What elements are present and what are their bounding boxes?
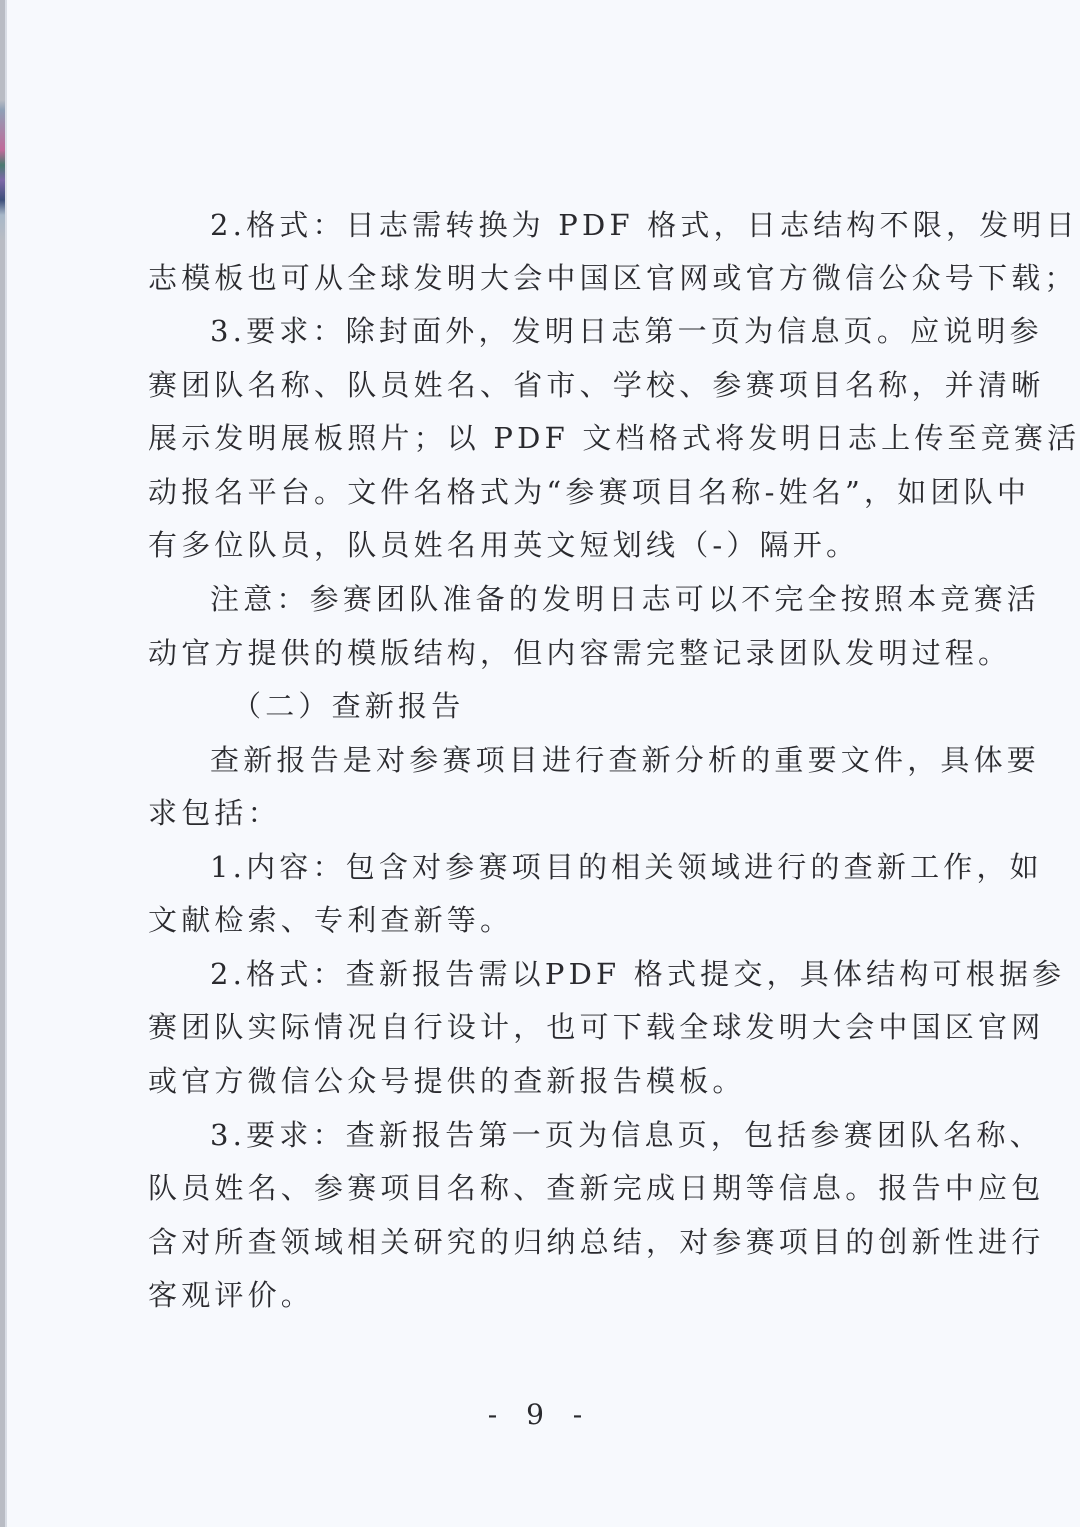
paragraph-novelty-intro-line-2: 求包括： (148, 786, 281, 840)
scan-edge-shadow (5, 0, 7, 1527)
paragraph-novelty-format-line-3: 或官方微信公众号提供的查新报告模板。 (148, 1054, 746, 1108)
section-heading-novelty-report: （二）查新报告 (232, 679, 464, 733)
paragraph-requirements-log-line-5: 有多位队员，队员姓名用英文短划线（-）隔开。 (148, 518, 859, 572)
paragraph-novelty-format-line-1: 2.格式：查新报告需以PDF 格式提交，具体结构可根据参 (210, 947, 1065, 1001)
page-number: - 9 - (0, 1398, 1080, 1431)
paragraph-requirements-log-line-4: 动报名平台。文件名格式为“参赛项目名称-姓名”，如团队中 (148, 465, 1030, 519)
paragraph-requirements-log-line-1: 3.要求：除封面外，发明日志第一页为信息页。应说明参 (210, 304, 1043, 358)
paragraph-format-log-line-1: 2.格式：日志需转换为 PDF 格式，日志结构不限，发明日 (210, 198, 1079, 252)
paragraph-novelty-requirements-line-2: 队员姓名、参赛项目名称、查新完成日期等信息。报告中应包 (148, 1161, 1044, 1215)
paragraph-novelty-requirements-line-3: 含对所查领域相关研究的归纳总结，对参赛项目的创新性进行 (148, 1215, 1044, 1269)
paragraph-novelty-format-line-2: 赛团队实际情况自行设计，也可下载全球发明大会中国区官网 (148, 1000, 1044, 1054)
paragraph-format-log-line-2: 志模板也可从全球发明大会中国区官网或官方微信公众号下载； (148, 251, 1078, 305)
paragraph-novelty-requirements-line-1: 3.要求：查新报告第一页为信息页，包括参赛团队名称、 (210, 1108, 1043, 1162)
paragraph-novelty-requirements-line-4: 客观评价。 (148, 1268, 314, 1322)
paragraph-requirements-log-line-3: 展示发明展板照片；以 PDF 文档格式将发明日志上传至竞赛活 (148, 411, 1080, 465)
paragraph-novelty-content-line-2: 文献检索、专利查新等。 (148, 893, 513, 947)
paragraph-requirements-log-line-2: 赛团队名称、队员姓名、省市、学校、参赛项目名称，并清晰 (148, 358, 1044, 412)
paragraph-note-line-1: 注意：参赛团队准备的发明日志可以不完全按照本竞赛活 (210, 572, 1040, 626)
paragraph-novelty-content-line-1: 1.内容：包含对参赛项目的相关领域进行的查新工作，如 (210, 840, 1043, 894)
paragraph-note-line-2: 动官方提供的模版结构，但内容需完整记录团队发明过程。 (148, 626, 1011, 680)
paragraph-novelty-intro-line-1: 查新报告是对参赛项目进行查新分析的重要文件，具体要 (210, 733, 1040, 787)
